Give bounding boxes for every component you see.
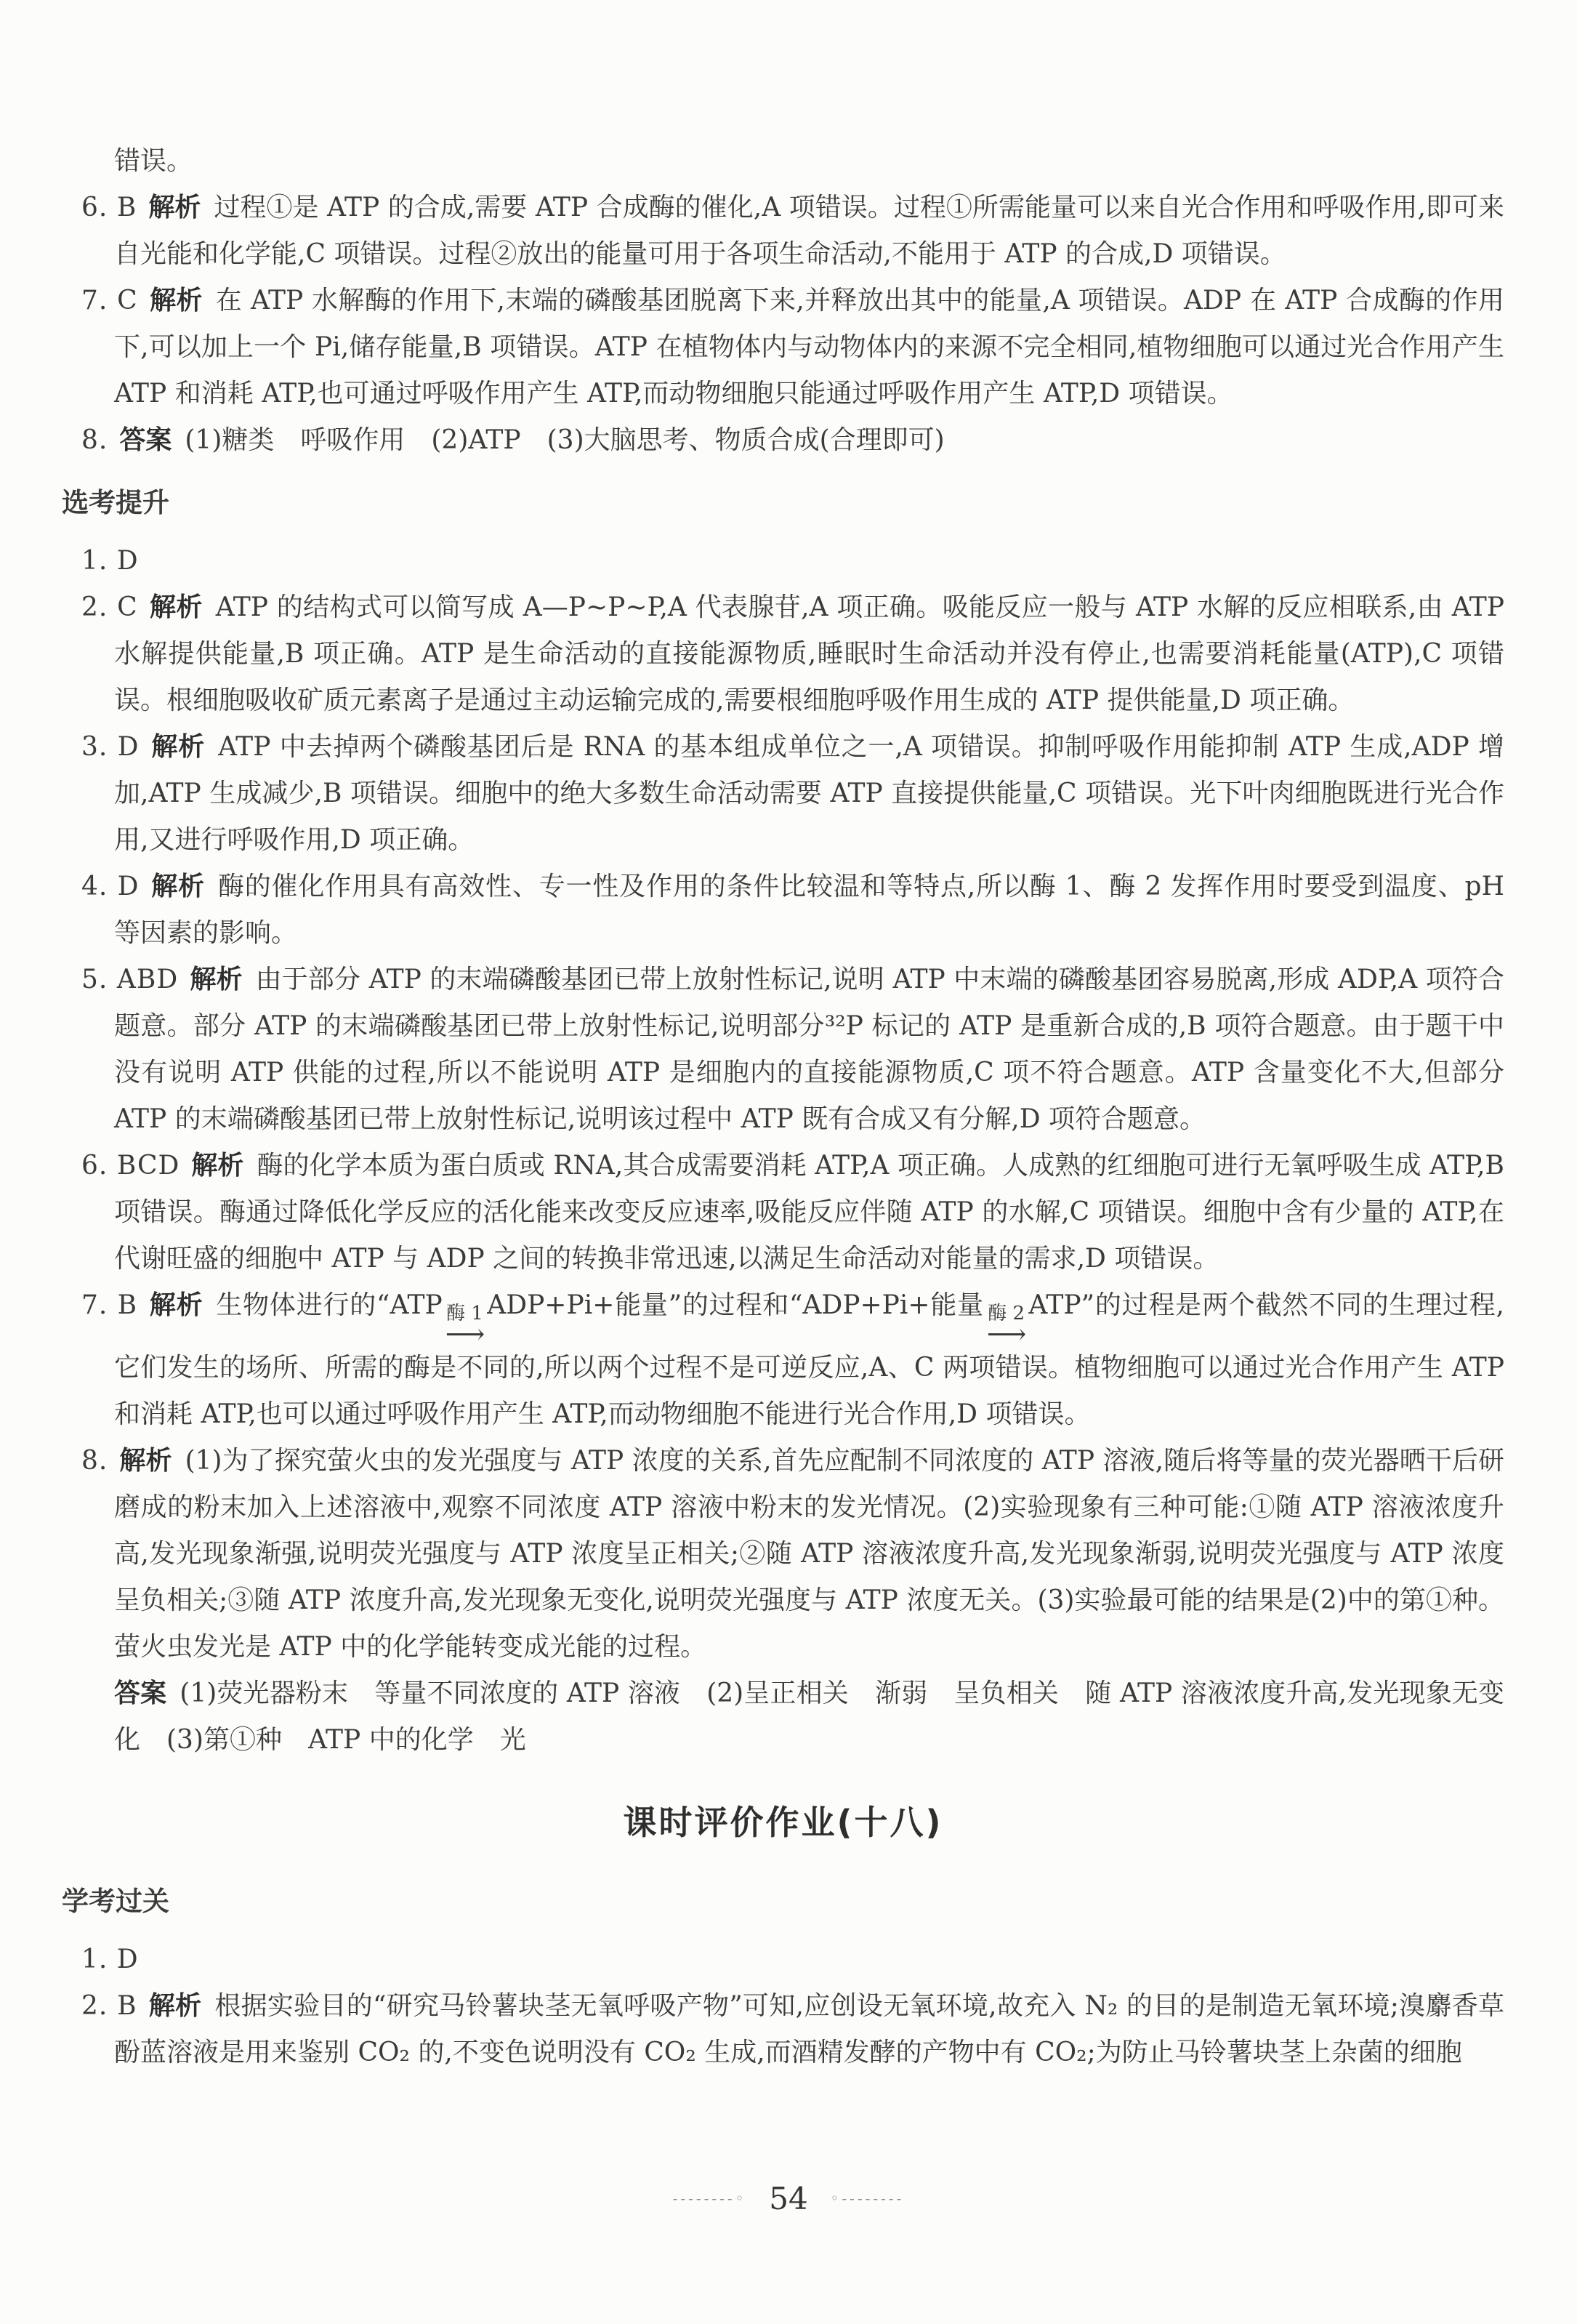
continuation-paragraph: 错误。 (62, 138, 1504, 185)
item-number-and-answer: 8. (81, 425, 108, 455)
item-number-and-answer: 7. C (81, 286, 138, 315)
assignment-title: 课时评价作业(十八) (62, 1801, 1504, 1845)
answer-item: 6. B解析过程①是 ATP 的合成,需要 ATP 合成酶的催化,A 项错误。过… (62, 185, 1504, 278)
tag-label: 答案 (119, 425, 172, 455)
answer-item: 5. ABD解析由于部分 ATP 的末端磷酸基团已带上放射性标记,说明 ATP … (62, 957, 1504, 1143)
item-number-and-answer: 8. (81, 1446, 108, 1476)
footer-dash-ornament-right: ◦-------- (831, 2190, 905, 2207)
tag-label: 解析 (149, 1991, 202, 2021)
answer-item: 3. D解析ATP 中去掉两个磷酸基团后是 RNA 的基本组成单位之一,A 项错… (62, 724, 1504, 864)
tag-label: 解析 (149, 1290, 203, 1320)
tag-label: 解析 (190, 965, 242, 994)
answer-item: 1. D (62, 538, 1504, 584)
tag-label: 解析 (150, 286, 203, 315)
answer-item: 8.答案(1)糖类 呼吸作用 (2)ATP (3)大脑思考、物质合成(合理即可) (62, 417, 1504, 464)
item-text: 酶的化学本质为蛋白质或 RNA,其合成需要消耗 ATP,A 项正确。人成熟的红细… (114, 1151, 1504, 1274)
item-text: ATP 的结构式可以简写成 A—P~P~P,A 代表腺苷,A 项正确。吸能反应一… (114, 592, 1504, 715)
item-text: ATP 中去掉两个磷酸基团后是 RNA 的基本组成单位之一,A 项错误。抑制呼吸… (114, 732, 1504, 855)
item-text: ADP+Pi+能量”的过程和“ADP+Pi+能量 (487, 1290, 984, 1320)
tag-label: 解析 (150, 592, 203, 622)
item-number-and-answer: 2. C (81, 592, 138, 622)
item-text: 酶的催化作用具有高效性、专一性及作用的条件比较温和等特点,所以酶 1、酶 2 发… (114, 872, 1504, 948)
reaction-arrow: 酶 1⟶ (445, 1304, 484, 1345)
item-number-and-answer: 2. B (81, 1991, 137, 2021)
answer-item: 4. D解析酶的催化作用具有高效性、专一性及作用的条件比较温和等特点,所以酶 1… (62, 864, 1504, 957)
continuation-paragraph: 答案(1)荧光器粉末 等量不同浓度的 ATP 溶液 (2)呈正相关 渐弱 呈负相… (62, 1670, 1504, 1764)
workbook-answer-page: 错误。6. B解析过程①是 ATP 的合成,需要 ATP 合成酶的催化,A 项错… (0, 0, 1577, 2324)
answer-content: 错误。6. B解析过程①是 ATP 的合成,需要 ATP 合成酶的催化,A 项错… (62, 138, 1504, 2076)
item-text: 在 ATP 水解酶的作用下,末端的磷酸基团脱离下来,并释放出其中的能量,A 项错… (114, 286, 1504, 409)
tag-label: 解析 (150, 872, 204, 901)
answer-item: 7. B解析生物体进行的“ATP酶 1⟶ADP+Pi+能量”的过程和“ADP+P… (62, 1282, 1504, 1438)
item-text: 生物体进行的“ATP (216, 1290, 442, 1320)
answer-item: 7. C解析在 ATP 水解酶的作用下,末端的磷酸基团脱离下来,并释放出其中的能… (62, 278, 1504, 417)
item-number-and-answer: 7. B (81, 1290, 137, 1320)
item-number-and-answer: 1. D (81, 1945, 139, 1974)
answer-item: 8.解析(1)为了探究萤火虫的发光强度与 ATP 浓度的关系,首先应配制不同浓度… (62, 1438, 1504, 1670)
section-heading: 学考过关 (62, 1878, 1504, 1925)
item-number-and-answer: 3. D (81, 732, 140, 762)
tag-label: 解析 (148, 193, 201, 222)
answer-item: 1. D (62, 1937, 1504, 1983)
tag-label: 解析 (151, 732, 206, 762)
right-arrow-icon: ⟶ (445, 1324, 484, 1345)
item-number-and-answer: 4. D (81, 872, 139, 901)
answer-item: 6. BCD解析酶的化学本质为蛋白质或 RNA,其合成需要消耗 ATP,A 项正… (62, 1143, 1504, 1282)
tag-label: 解析 (119, 1446, 172, 1476)
tag-label: 答案 (114, 1678, 166, 1708)
tag-label: 解析 (191, 1151, 243, 1181)
page-footer: --------◦ 54 ◦-------- (0, 2181, 1577, 2216)
reaction-arrow: 酶 2⟶ (987, 1304, 1025, 1345)
item-text: (1)荧光器粉末 等量不同浓度的 ATP 溶液 (2)呈正相关 渐弱 呈负相关 … (114, 1678, 1504, 1755)
item-text: 根据实验目的“研究马铃薯块茎无氧呼吸产物”可知,应创设无氧环境,故充入 N₂ 的… (114, 1991, 1504, 2067)
item-text: 错误。 (114, 146, 193, 176)
answer-item: 2. C解析ATP 的结构式可以简写成 A—P~P~P,A 代表腺苷,A 项正确… (62, 584, 1504, 724)
page-number: 54 (769, 2181, 807, 2216)
footer-dash-ornament-left: --------◦ (673, 2190, 747, 2207)
item-number-and-answer: 1. D (81, 546, 139, 576)
item-text: 由于部分 ATP 的末端磷酸基团已带上放射性标记,说明 ATP 中末端的磷酸基团… (114, 965, 1504, 1134)
item-text: (1)为了探究萤火虫的发光强度与 ATP 浓度的关系,首先应配制不同浓度的 AT… (114, 1446, 1504, 1662)
item-number-and-answer: 6. B (81, 193, 137, 222)
item-text: (1)糖类 呼吸作用 (2)ATP (3)大脑思考、物质合成(合理即可) (185, 425, 944, 455)
item-number-and-answer: 5. ABD (81, 965, 178, 994)
right-arrow-icon: ⟶ (987, 1324, 1025, 1345)
section-heading: 选考提升 (62, 480, 1504, 526)
answer-item: 2. B解析根据实验目的“研究马铃薯块茎无氧呼吸产物”可知,应创设无氧环境,故充… (62, 1983, 1504, 2076)
item-text: 过程①是 ATP 的合成,需要 ATP 合成酶的催化,A 项错误。过程①所需能量… (114, 193, 1504, 269)
item-number-and-answer: 6. BCD (81, 1151, 180, 1181)
